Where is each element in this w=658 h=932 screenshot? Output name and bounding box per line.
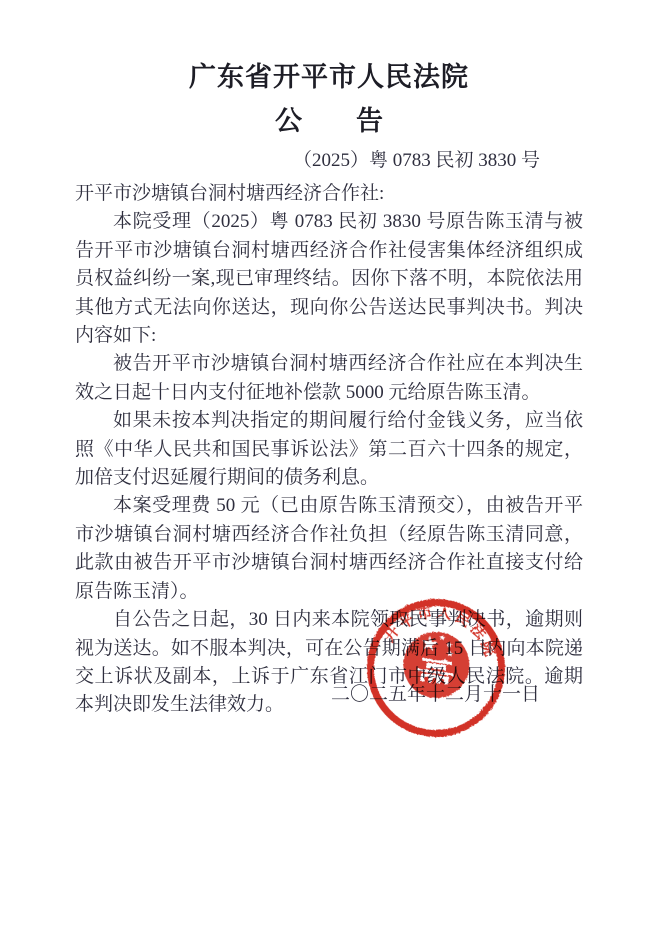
paragraph-interest: 如果未按本判决指定的期间履行给付金钱义务，应当依照《中华人民共和国民事诉讼法》第… [75, 407, 583, 492]
paragraph-acceptance: 本院受理（2025）粤 0783 民初 3830 号原告陈玉清与被告开平市沙塘镇… [75, 208, 583, 350]
paragraph-judgment: 被告开平市沙塘镇台洞村塘西经济合作社应在本判决生效之日起十日内支付征地补偿款 5… [75, 350, 583, 407]
case-number: （2025）粤 0783 民初 3830 号 [0, 145, 658, 172]
court-seal: 开平市人民法院 [357, 589, 515, 747]
court-name: 广东省开平市人民法院 [0, 55, 658, 94]
paragraph-fees: 本案受理费 50 元（已由原告陈玉清预交），由被告开平市沙塘镇台洞村塘西经济合作… [75, 492, 583, 606]
national-emblem-icon [399, 628, 474, 703]
court-announcement-document: 广东省开平市人民法院 公 告 （2025）粤 0783 民初 3830 号 开平… [0, 0, 658, 932]
addressee-line: 开平市沙塘镇台洞村塘西经济合作社: [75, 180, 583, 208]
document-title: 公 告 [0, 99, 658, 138]
